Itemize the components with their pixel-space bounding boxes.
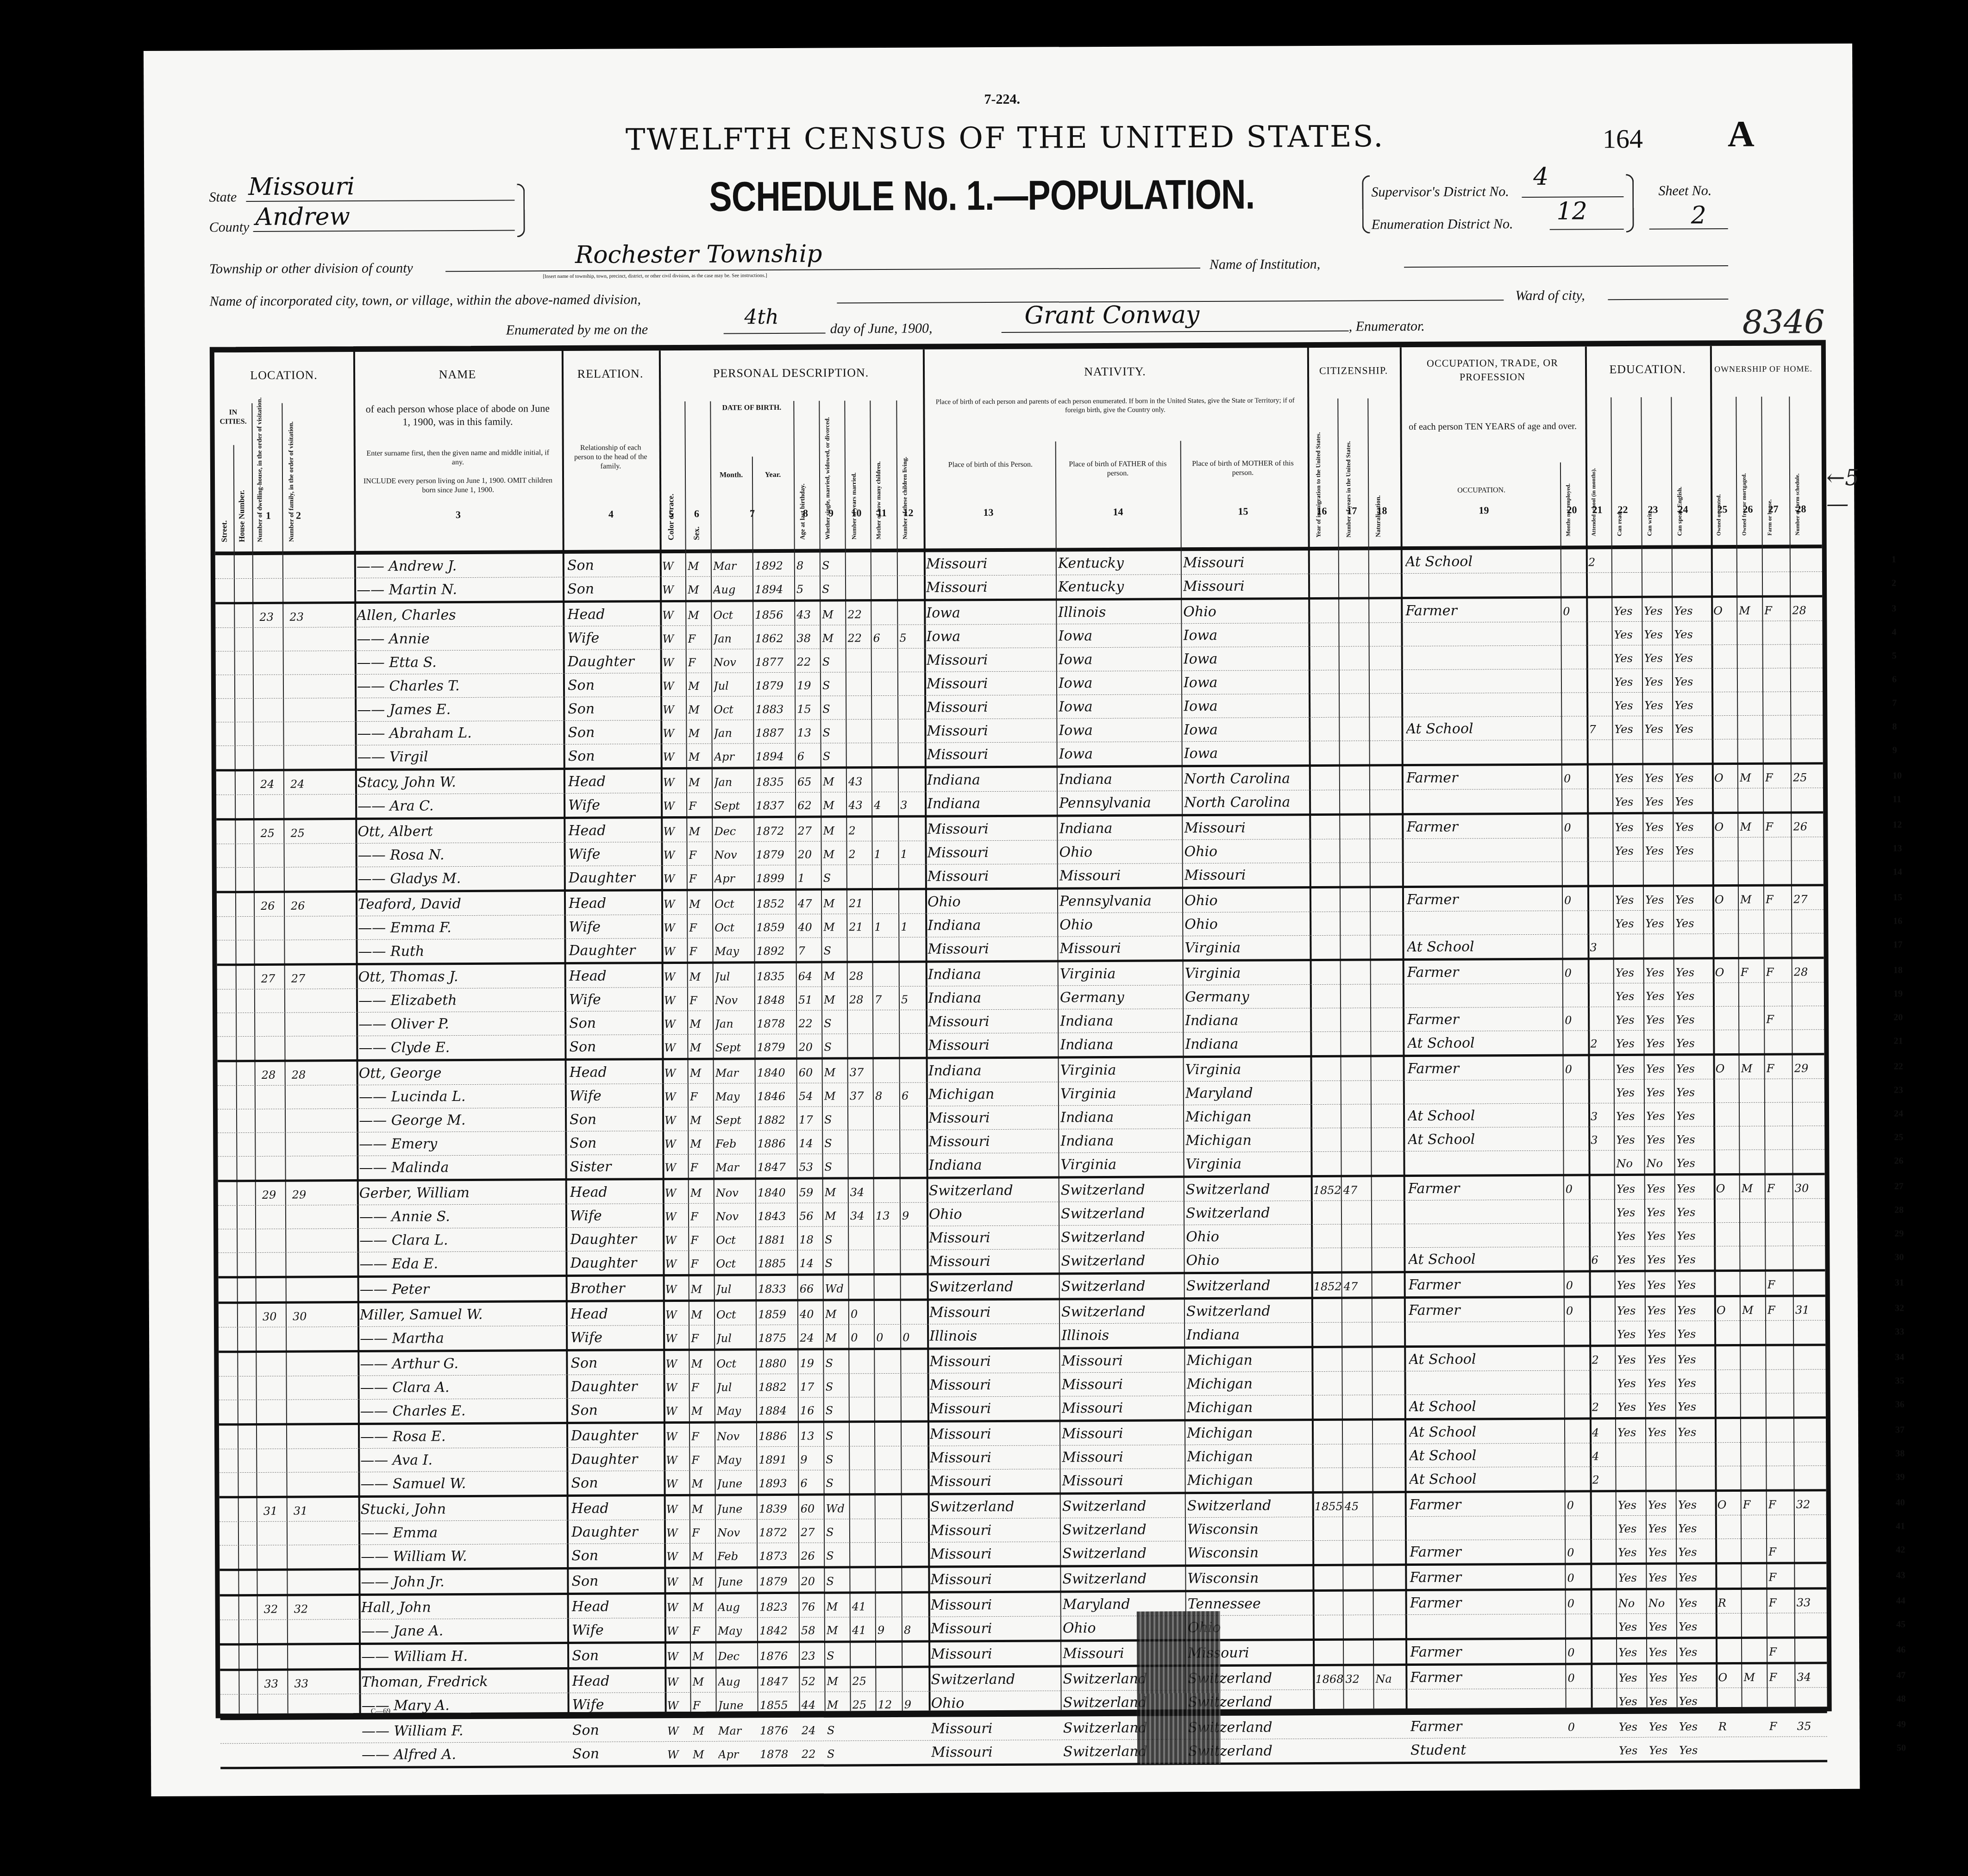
age-cell: 51 <box>798 994 821 1007</box>
birth-month-cell: Aug <box>713 583 752 596</box>
enumeration-value: 12 <box>1556 197 1587 225</box>
relation-cell: Wife <box>568 797 658 813</box>
person-name-cell: —— Emma <box>361 1524 564 1541</box>
ward-label: Ward of city, <box>1515 288 1585 304</box>
years-in-us-cell: 45 <box>1345 1500 1373 1513</box>
occupation-cell <box>1408 1227 1561 1228</box>
birthplace-mother-cell: Ohio <box>1184 843 1307 860</box>
age-cell: 24 <box>800 1332 823 1344</box>
marital-status-cell: M <box>822 608 845 621</box>
birth-year-cell: 1879 <box>756 848 796 861</box>
marital-status-cell: S <box>827 1724 850 1737</box>
birth-year-cell: 1842 <box>759 1624 799 1637</box>
relation-cell: Daughter <box>571 1378 661 1395</box>
farm-house-cell: F <box>1769 1645 1794 1658</box>
sex-cell: M <box>688 703 709 716</box>
sex-cell: F <box>690 1210 711 1223</box>
mother-of-cell: 1 <box>874 848 897 861</box>
birthplace-person-cell: Missouri <box>929 1353 1059 1369</box>
family-number-cell: 29 <box>292 1188 313 1201</box>
can-write-cell: Yes <box>1644 652 1672 665</box>
color-race-cell: W <box>663 656 683 669</box>
occupation-cell: Farmer <box>1410 1718 1563 1735</box>
occupation-cell: Farmer <box>1405 602 1558 619</box>
sex-cell: F <box>690 1234 711 1247</box>
months-unemployed-cell: 0 <box>1564 821 1587 834</box>
birth-month-cell: Sept <box>715 1113 755 1126</box>
family-number-cell: 32 <box>294 1602 315 1615</box>
can-read-cell: No <box>1618 1597 1646 1610</box>
marital-status-cell: Wd <box>826 1502 849 1515</box>
age-cell: 9 <box>800 1453 823 1466</box>
immigration-year-cell: 1855 <box>1315 1500 1342 1513</box>
line-number: 6 <box>1892 674 1897 685</box>
birthplace-person-cell: Missouri <box>927 844 1057 861</box>
supervisor-label: Supervisor's District No. <box>1371 184 1509 200</box>
can-write-cell: No <box>1646 1157 1674 1170</box>
can-read-cell: Yes <box>1615 821 1642 834</box>
birthplace-mother-cell: Virginia <box>1185 1061 1308 1078</box>
line-number: 48 <box>1897 1694 1906 1704</box>
can-write-cell: Yes <box>1648 1546 1676 1559</box>
mother-of-cell: 9 <box>877 1624 901 1637</box>
person-name-cell: —— Martha <box>360 1330 564 1347</box>
can-read-cell: Yes <box>1615 844 1643 857</box>
line-number: 12 <box>1893 819 1902 830</box>
line-number: 44 <box>1896 1595 1905 1606</box>
birthplace-father-cell: Missouri <box>1062 1425 1185 1442</box>
can-speak-english-cell: Yes <box>1674 628 1709 641</box>
person-name-cell: —— Rosa E. <box>360 1428 564 1445</box>
birthplace-person-cell: Missouri <box>927 820 1057 837</box>
owned-rented-cell: R <box>1718 1720 1742 1733</box>
can-write-cell: Yes <box>1649 1744 1677 1757</box>
can-write-cell: Yes <box>1647 1230 1674 1243</box>
relation-cell: Son <box>568 748 658 764</box>
relation-cell: Head <box>569 895 659 912</box>
relation-cell: Son <box>571 1573 662 1589</box>
age-header: Age at last birthday. <box>799 406 807 540</box>
can-write-cell: Yes <box>1644 699 1672 712</box>
birth-month-cell: May <box>717 1404 756 1417</box>
school-months-cell: 6 <box>1591 1253 1614 1266</box>
color-race-cell: W <box>664 1161 685 1174</box>
person-name-cell: Thoman, Fredrick <box>361 1673 565 1690</box>
birth-month-cell: Jul <box>716 1282 756 1295</box>
birthplace-father-cell: Iowa <box>1059 745 1182 762</box>
birthplace-mother-cell: Switzerland <box>1186 1303 1309 1319</box>
group-nativity: NATIVITY. <box>923 348 1307 396</box>
occupation-cell: At School <box>1408 1131 1561 1148</box>
owned-free-cell: M <box>1740 893 1763 906</box>
line-number: 9 <box>1893 745 1897 756</box>
county-label: County <box>209 219 250 235</box>
person-name-cell: —— Malinda <box>359 1159 563 1176</box>
marital-status-cell: S <box>826 1404 849 1417</box>
dwelling-number-cell: 23 <box>259 611 280 624</box>
birthplace-person-cell: Missouri <box>929 1253 1059 1269</box>
can-speak-english-cell: Yes <box>1677 1278 1712 1291</box>
can-speak-english-cell: Yes <box>1675 820 1710 833</box>
sex-cell: F <box>689 872 710 885</box>
farm-schedule-cell: 34 <box>1797 1670 1822 1683</box>
can-read-cell: No <box>1616 1157 1644 1170</box>
birthplace-person-cell: Missouri <box>930 1522 1060 1538</box>
birth-month-cell: Dec <box>718 1650 757 1663</box>
birthplace-father-cell: Missouri <box>1062 1376 1185 1393</box>
birthplace-father-cell: Indiana <box>1060 1132 1183 1149</box>
can-write-cell: Yes <box>1647 1353 1675 1366</box>
sex-cell: F <box>691 1430 712 1443</box>
age-cell: 62 <box>797 799 821 812</box>
line-number: 13 <box>1893 843 1902 854</box>
house-number-header: House Number. <box>237 440 247 542</box>
dwelling-number-cell: 30 <box>263 1310 283 1323</box>
can-read-cell: Yes <box>1618 1522 1646 1535</box>
birth-year-cell: 1847 <box>759 1675 799 1688</box>
children-living-cell: 5 <box>901 993 924 1006</box>
sex-cell: F <box>689 800 709 813</box>
school-months-cell: 2 <box>1590 1037 1613 1050</box>
occupation-cell <box>1406 842 1559 843</box>
birth-month-cell: Nov <box>717 1526 757 1539</box>
can-read-cell: Yes <box>1614 652 1642 665</box>
marital-status-cell: M <box>827 1698 850 1711</box>
group-location: LOCATION. <box>214 352 353 399</box>
birthplace-father-cell: Virginia <box>1060 965 1183 982</box>
birth-month-cell: Oct <box>714 897 754 910</box>
months-unemployed-cell: 0 <box>1567 1546 1590 1559</box>
person-name-cell: —— Alfred A. <box>362 1746 565 1763</box>
birthplace-person-cell: Ohio <box>929 1206 1059 1222</box>
birthplace-person-cell: Indiana <box>928 966 1058 982</box>
can-write-cell: Yes <box>1647 1328 1675 1341</box>
age-cell: 76 <box>801 1601 824 1613</box>
can-write-cell: No <box>1648 1597 1676 1610</box>
farm-schedule-cell: 28 <box>1792 604 1818 617</box>
marital-status-cell: M <box>824 969 847 982</box>
color-race-cell: W <box>667 1725 688 1738</box>
can-write-cell: Yes <box>1645 917 1673 930</box>
sheet-value: 2 <box>1691 201 1706 229</box>
owned-free-cell: F <box>1743 1498 1766 1511</box>
year-header: Year. <box>752 470 794 480</box>
marital-status-cell: M <box>824 993 847 1006</box>
months-unemployed-cell: 0 <box>1566 1279 1589 1292</box>
farm-schedule-cell: 33 <box>1797 1596 1822 1609</box>
birth-year-cell: 1876 <box>759 1650 799 1663</box>
months-unemployed-cell: 0 <box>1566 1182 1589 1195</box>
age-cell: 18 <box>799 1233 822 1246</box>
birth-month-cell: Oct <box>714 921 754 934</box>
years-married-cell: 28 <box>849 969 872 982</box>
birthplace-person-cell: Missouri <box>928 1109 1058 1126</box>
children-living-cell: 5 <box>899 632 922 644</box>
owned-free-cell: M <box>1740 820 1763 833</box>
marital-status-cell: S <box>826 1575 849 1588</box>
relation-cell: Head <box>572 1598 662 1615</box>
birth-month-cell: Jan <box>715 1017 754 1030</box>
birth-year-cell: 1879 <box>759 1575 798 1588</box>
person-name-cell: —— Jane A. <box>361 1622 565 1639</box>
birth-month-cell: Nov <box>717 1430 756 1443</box>
marital-status-cell: M <box>822 632 845 644</box>
birthplace-father-cell: Indiana <box>1060 1036 1183 1053</box>
age-cell: 66 <box>800 1282 823 1295</box>
person-name-cell: —— Charles E. <box>360 1402 564 1420</box>
line-number: 42 <box>1896 1545 1905 1555</box>
person-name-cell: —— Eda E. <box>359 1255 563 1272</box>
owned-rented-cell: O <box>1716 1062 1739 1075</box>
owned-free-cell: M <box>1743 1671 1767 1684</box>
birthplace-mother-cell: Maryland <box>1185 1085 1308 1101</box>
age-cell: 17 <box>799 1113 822 1126</box>
sheet-label: Sheet No. <box>1658 183 1711 199</box>
birth-year-cell: 1846 <box>757 1090 796 1103</box>
birthplace-father-cell: Iowa <box>1059 698 1181 715</box>
marital-status-cell: S <box>823 944 846 957</box>
color-race-cell: W <box>664 1041 685 1054</box>
mother-of-cell: 13 <box>876 1209 899 1222</box>
birthplace-father-cell: Switzerland <box>1061 1278 1184 1294</box>
birth-month-cell: Mar <box>713 559 752 572</box>
person-name-cell: Stucki, John <box>361 1501 564 1518</box>
birthplace-father-cell: Switzerland <box>1061 1303 1184 1320</box>
marital-status-cell: M <box>824 1089 847 1102</box>
color-race-cell: W <box>663 750 684 763</box>
birth-month-cell: Aug <box>718 1675 757 1688</box>
relation-cell: Son <box>570 1355 661 1371</box>
line-number: 1 <box>1892 554 1896 565</box>
farm-schedule-cell: 32 <box>1796 1498 1822 1511</box>
can-read-cell: Yes <box>1618 1620 1646 1633</box>
occupation-desc: of each person TEN YEARS of age and over… <box>1405 420 1581 433</box>
can-speak-english-cell: Yes <box>1677 1327 1712 1340</box>
birthplace-mother-cell: Switzerland <box>1186 1277 1309 1294</box>
street-header: Street. <box>219 440 229 542</box>
color-race-cell: W <box>664 1067 685 1080</box>
person-name-cell: Ott, Thomas J. <box>358 968 562 985</box>
can-speak-english-cell: Yes <box>1676 1086 1711 1099</box>
birthplace-person-cell: Switzerland <box>931 1671 1060 1688</box>
months-unemployed-cell: 0 <box>1567 1571 1590 1584</box>
relation-cell: Daughter <box>570 1231 660 1248</box>
color-header: Color or race. <box>666 443 676 540</box>
line-number: 17 <box>1893 939 1902 950</box>
line-number: 43 <box>1896 1570 1905 1581</box>
birth-month-cell: Oct <box>716 1308 756 1321</box>
age-cell: 19 <box>800 1357 823 1370</box>
marital-status-cell: S <box>822 655 846 668</box>
can-write-cell: Yes <box>1646 1063 1674 1076</box>
farm-house-cell: F <box>1768 1570 1794 1583</box>
person-name-cell: —— William H. <box>361 1648 565 1665</box>
farm-house-cell: F <box>1768 1545 1794 1558</box>
can-read-cell: Yes <box>1614 628 1642 641</box>
relation-cell: Sister <box>570 1158 660 1175</box>
birthplace-person-cell: Missouri <box>930 1449 1059 1466</box>
population-table: LOCATION. NAME RELATION. PERSONAL DESCRI… <box>210 340 1832 1718</box>
age-cell: 53 <box>799 1161 822 1174</box>
farm-house-cell: F <box>1769 1670 1794 1683</box>
birthplace-person-cell: Missouri <box>930 1376 1059 1393</box>
children-living-cell: 9 <box>902 1209 925 1222</box>
can-write-cell: Yes <box>1648 1426 1675 1439</box>
can-write-cell: Yes <box>1645 795 1673 808</box>
can-read-cell: Yes <box>1617 1426 1645 1439</box>
color-race-cell: W <box>666 1454 687 1467</box>
color-race-cell: W <box>665 1332 686 1345</box>
occupation-cell <box>1408 1155 1561 1155</box>
marital-status-cell: S <box>824 1137 847 1150</box>
months-unemployed-cell: 0 <box>1567 1671 1591 1684</box>
birthplace-father-cell: Virginia <box>1060 1085 1183 1102</box>
can-speak-english-cell: Yes <box>1677 1229 1711 1242</box>
dwelling-number-cell: 32 <box>264 1603 285 1616</box>
years-married-cell: 2 <box>848 824 871 837</box>
school-months-cell: 2 <box>1588 556 1611 569</box>
farm-house-cell: F <box>1765 771 1791 784</box>
birth-month-cell: Jul <box>717 1381 756 1394</box>
occupation-cell <box>1409 1375 1562 1375</box>
township-note: [Insert name of township, town, precinct… <box>543 273 767 279</box>
enumerated-mid: day of June, 1900, <box>830 321 933 337</box>
age-cell: 17 <box>800 1381 823 1394</box>
person-name-cell: —— Annie S. <box>359 1208 563 1225</box>
person-name-cell: —— Annie <box>357 630 560 647</box>
birth-month-cell: Nov <box>714 848 754 861</box>
color-race-cell: W <box>666 1477 687 1490</box>
age-cell: 23 <box>801 1650 824 1663</box>
relation-cell: Wife <box>569 991 659 1008</box>
birth-month-cell: Apr <box>714 750 753 763</box>
birthplace-father-cell: Iowa <box>1058 627 1181 644</box>
birthplace-father-cell: Indiana <box>1060 1013 1183 1029</box>
farm-house-cell: F <box>1765 820 1791 833</box>
marital-status-cell: M <box>823 824 846 837</box>
birth-month-cell: Jan <box>714 726 753 739</box>
can-speak-english-cell: Yes <box>1675 795 1710 808</box>
color-race-cell: W <box>667 1748 688 1761</box>
can-read-cell: Yes <box>1618 1546 1646 1559</box>
sex-cell: M <box>689 750 709 763</box>
color-race-cell: W <box>664 1090 685 1103</box>
line-number: 26 <box>1894 1156 1903 1166</box>
can-speak-english-cell: Yes <box>1678 1545 1713 1558</box>
birthplace-person-cell: Missouri <box>930 1571 1060 1588</box>
birthplace-mother-cell: North Carolina <box>1184 794 1307 811</box>
name-instr: Enter surname first, then the given name… <box>363 448 553 468</box>
person-name-cell: —— Ava I. <box>360 1451 564 1469</box>
can-speak-english-cell: Yes <box>1676 1013 1711 1026</box>
farm-house-cell: F <box>1766 1013 1792 1026</box>
birthplace-person-cell: Switzerland <box>929 1182 1059 1199</box>
marital-status-cell: S <box>826 1526 849 1538</box>
owned-free-cell: M <box>1740 771 1763 784</box>
relation-cell: Head <box>568 822 658 839</box>
can-read-cell: Yes <box>1619 1720 1647 1733</box>
school-months-cell: 7 <box>1589 723 1612 736</box>
children-living-cell: 1 <box>901 848 924 861</box>
relation-cell: Daughter <box>569 942 659 959</box>
person-name-cell: —— Emma F. <box>358 919 562 936</box>
birth-month-cell: Oct <box>716 1357 756 1370</box>
mother-of-cell: 8 <box>875 1089 898 1102</box>
birthplace-mother-cell: Michigan <box>1187 1376 1310 1392</box>
occupation-cell: Farmer <box>1410 1496 1562 1513</box>
relation-cell: Son <box>568 677 658 694</box>
can-write-cell: Yes <box>1645 894 1673 907</box>
birthplace-person-cell: Missouri <box>931 1744 1061 1760</box>
birth-month-cell: June <box>717 1575 757 1588</box>
occupation-cell: Farmer <box>1406 769 1559 786</box>
sex-cell: F <box>690 1090 711 1103</box>
farm-house-cell: F <box>1767 1303 1793 1316</box>
person-name-cell: Ott, Albert <box>357 823 561 840</box>
dwelling-number-cell: 25 <box>260 827 281 840</box>
can-speak-english-cell: Yes <box>1677 1353 1712 1366</box>
birthplace-person-cell: Iowa <box>926 604 1056 621</box>
birth-month-cell: Apr <box>714 872 754 885</box>
can-read-cell: Yes <box>1616 1086 1644 1099</box>
school-months-cell: 3 <box>1591 1110 1614 1123</box>
sex-cell: M <box>692 1550 713 1563</box>
group-ownership: OWNERSHIP OF HOME. <box>1710 345 1817 392</box>
occupation-cell: Farmer <box>1407 891 1560 908</box>
line-number: 21 <box>1893 1036 1903 1046</box>
birth-month-cell: Nov <box>716 1186 755 1199</box>
birthplace-mother-cell: Wisconsin <box>1187 1545 1310 1561</box>
sex-cell: M <box>690 1114 711 1127</box>
years-married-cell: 21 <box>849 920 872 933</box>
relation-cell: Daughter <box>569 869 659 886</box>
color-race-cell: W <box>664 945 684 958</box>
state-value: Missouri <box>248 173 355 201</box>
farm-schedule-cell: 35 <box>1797 1720 1823 1732</box>
age-cell: 43 <box>796 608 820 621</box>
birthplace-mother-cell: Ohio <box>1186 1228 1309 1245</box>
color-race-cell: W <box>667 1625 688 1638</box>
years-in-us-cell: 47 <box>1343 1183 1371 1196</box>
line-number: 46 <box>1896 1645 1905 1655</box>
relation-cell: Son <box>572 1745 663 1762</box>
owned-free-cell: M <box>1742 1182 1765 1195</box>
occupation-cell <box>1410 1520 1562 1520</box>
sex-cell: M <box>692 1576 713 1588</box>
birthplace-father-cell: Missouri <box>1059 867 1182 884</box>
birthplace-person-cell: Indiana <box>927 771 1057 788</box>
school-months-cell: 3 <box>1591 1133 1614 1146</box>
color-race-cell: W <box>664 1138 685 1151</box>
can-write-cell: Yes <box>1645 772 1673 785</box>
line-number: 47 <box>1896 1670 1905 1681</box>
group-citizenship: CITIZENSHIP. <box>1307 347 1400 394</box>
birthplace-person-cell: Ohio <box>931 1695 1061 1711</box>
can-read-cell: Yes <box>1616 1037 1643 1050</box>
person-name-cell: —— Lucinda L. <box>359 1088 563 1105</box>
owned-rented-cell: O <box>1715 893 1738 906</box>
immigration-year-cell: 1852 <box>1313 1184 1341 1197</box>
occupation-cell: At School <box>1408 1107 1561 1124</box>
color-race-cell: W <box>667 1650 688 1663</box>
children-living-cell: 0 <box>903 1331 926 1344</box>
occupation-cell: At School <box>1409 1351 1561 1368</box>
can-read-cell: Yes <box>1615 795 1642 808</box>
sex-cell: M <box>692 1503 713 1516</box>
birthplace-person-cell: Missouri <box>926 555 1056 572</box>
can-write-cell: Yes <box>1646 1133 1674 1146</box>
months-unemployed-cell: 0 <box>1567 1499 1590 1512</box>
